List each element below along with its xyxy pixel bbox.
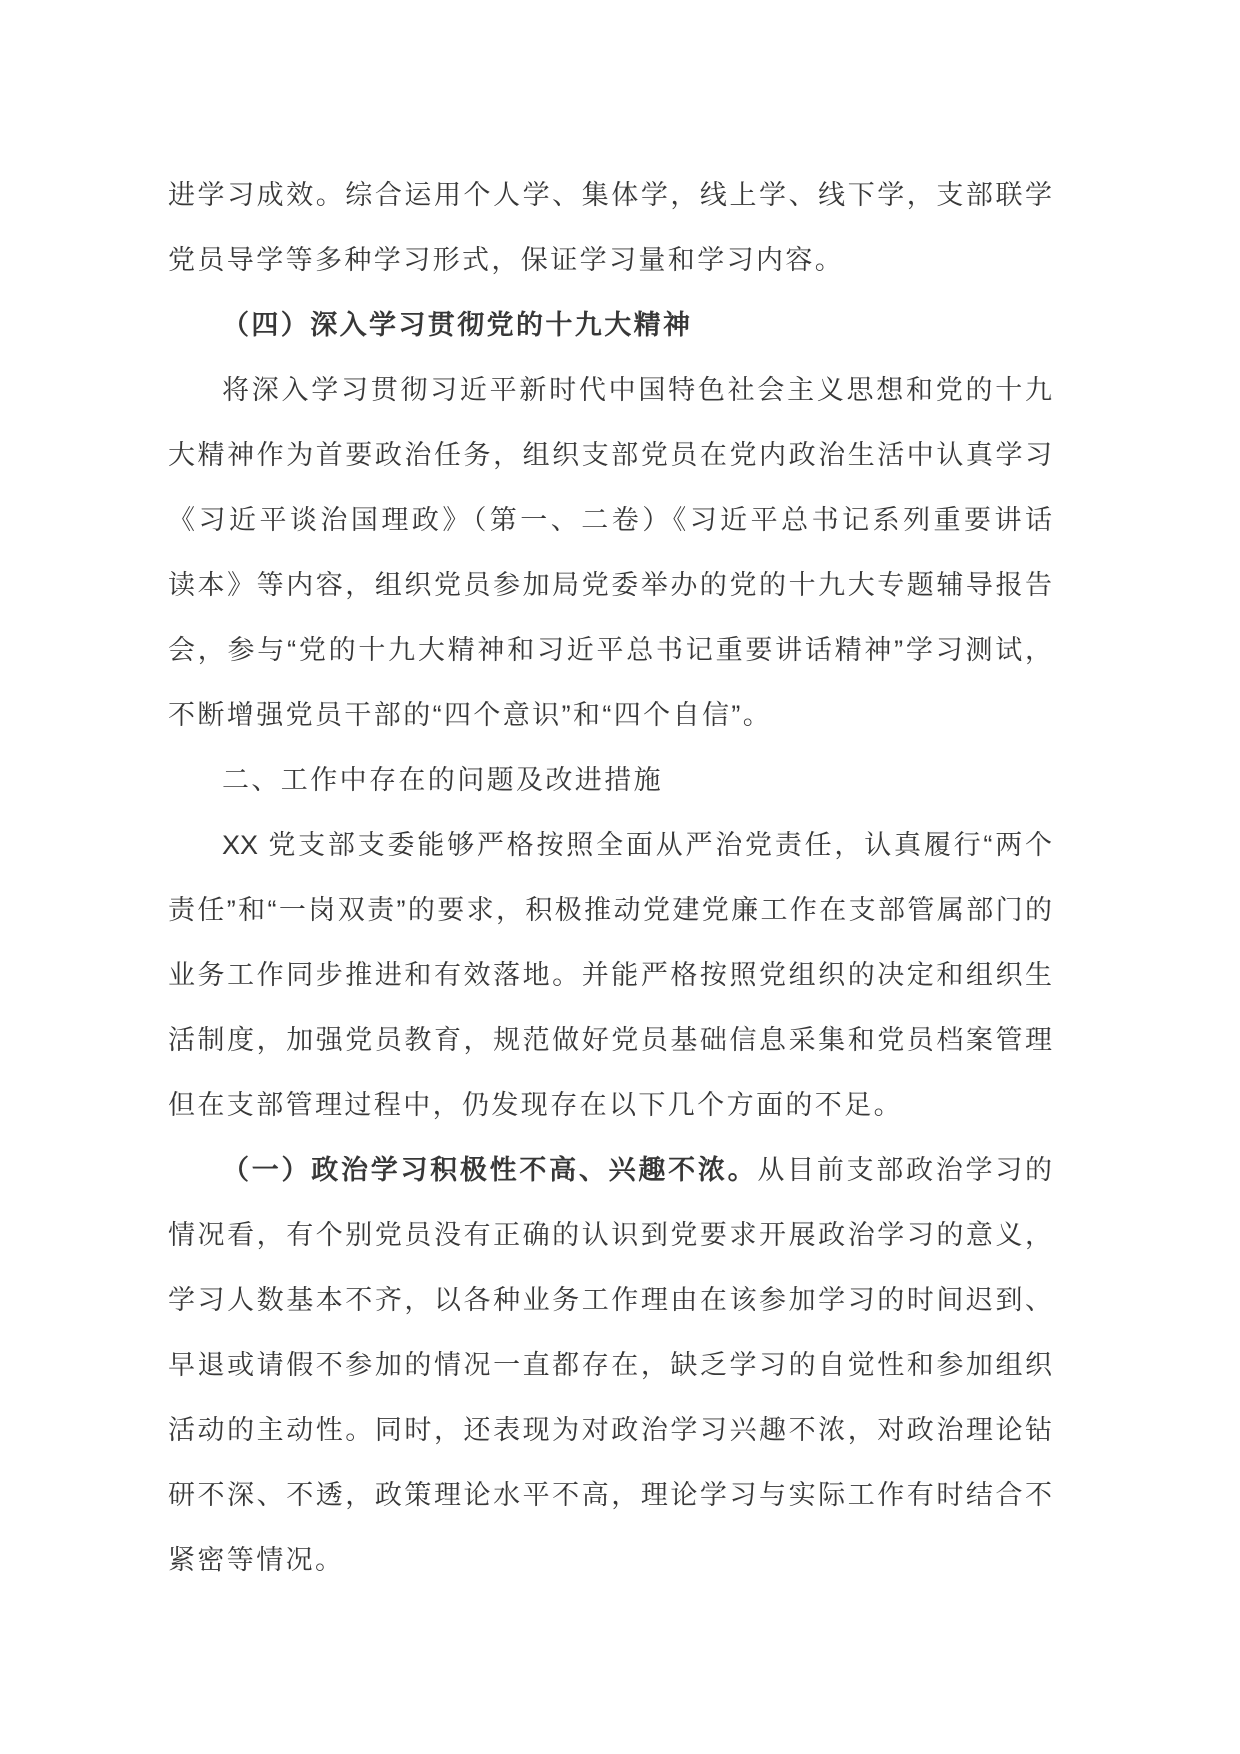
text-line: 紧密等情况。 xyxy=(168,1528,1052,1593)
text-line: 读本》等内容，组织党员参加局党委举办的党的十九大专题辅导报告 xyxy=(168,553,1052,618)
text-line: 研不深、不透，政策理论水平不高，理论学习与实际工作有时结合不 xyxy=(168,1463,1052,1528)
problem-one-heading-text: （一）政治学习积极性不高、兴趣不浓。 xyxy=(222,1155,757,1185)
line-text: 不断增强党员干部的“四个意识”和“四个自信”。 xyxy=(168,700,772,730)
line-text: 进学习成效。综合运用个人学、集体学，线上学、线下学，支部联学 xyxy=(168,180,1052,210)
line-text: 早退或请假不参加的情况一直都存在，缺乏学习的自觉性和参加组织 xyxy=(168,1350,1052,1380)
line-text: 将深入学习贯彻习近平新时代中国特色社会主义思想和党的十九 xyxy=(222,375,1052,405)
line-text: 活动的主动性。同时，还表现为对政治学习兴趣不浓，对政治理论钻 xyxy=(168,1415,1052,1445)
line-text: XX 党支部支委能够严格按照全面从严治党责任，认真履行“两个 xyxy=(222,830,1052,860)
line-text: 大精神作为首要政治任务，组织支部党员在党内政治生活中认真学习 xyxy=(168,440,1052,470)
text-line: 会，参与“党的十九大精神和习近平总书记重要讲话精神”学习测试， xyxy=(168,618,1052,683)
problem-one-lead-line: （一）政治学习积极性不高、兴趣不浓。从目前支部政治学习的 xyxy=(168,1138,1052,1203)
line-text: 研不深、不透，政策理论水平不高，理论学习与实际工作有时结合不 xyxy=(168,1480,1052,1510)
text-line: 将深入学习贯彻习近平新时代中国特色社会主义思想和党的十九 xyxy=(168,358,1052,423)
line-text: 但在支部管理过程中，仍发现存在以下几个方面的不足。 xyxy=(168,1090,903,1120)
line-text: 会，参与“党的十九大精神和习近平总书记重要讲话精神”学习测试， xyxy=(168,635,1052,665)
line-text: 紧密等情况。 xyxy=(168,1545,344,1575)
part-two-heading: 二、工作中存在的问题及改进措施 xyxy=(168,748,1052,813)
line-text: 学习人数基本不齐，以各种业务工作理由在该参加学习的时间迟到、 xyxy=(168,1285,1052,1315)
text-line: 大精神作为首要政治任务，组织支部党员在党内政治生活中认真学习 xyxy=(168,423,1052,488)
text-line: 进学习成效。综合运用个人学、集体学，线上学、线下学，支部联学 xyxy=(168,163,1052,228)
line-text: 业务工作同步推进和有效落地。并能严格按照党组织的决定和组织生 xyxy=(168,960,1052,990)
text-line: 活动的主动性。同时，还表现为对政治学习兴趣不浓，对政治理论钻 xyxy=(168,1398,1052,1463)
line-text: 责任”和“一岗双责”的要求，积极推动党建党廉工作在支部管属部门的 xyxy=(168,895,1052,925)
heading-text: 二、工作中存在的问题及改进措施 xyxy=(222,765,663,795)
line-text: 从目前支部政治学习的 xyxy=(757,1155,1052,1185)
line-text: 党员导学等多种学习形式，保证学习量和学习内容。 xyxy=(168,245,844,275)
text-line: 党员导学等多种学习形式，保证学习量和学习内容。 xyxy=(168,228,1052,293)
section-four-heading: （四）深入学习贯彻党的十九大精神 xyxy=(168,293,1052,358)
text-line: 早退或请假不参加的情况一直都存在，缺乏学习的自觉性和参加组织 xyxy=(168,1333,1052,1398)
text-line: XX 党支部支委能够严格按照全面从严治党责任，认真履行“两个 xyxy=(168,813,1052,878)
text-line: 责任”和“一岗双责”的要求，积极推动党建党廉工作在支部管属部门的 xyxy=(168,878,1052,943)
text-line: 《习近平谈治国理政》（第一、二卷）《习近平总书记系列重要讲话 xyxy=(168,488,1052,553)
text-line: 学习人数基本不齐，以各种业务工作理由在该参加学习的时间迟到、 xyxy=(168,1268,1052,1333)
line-text: 读本》等内容，组织党员参加局党委举办的党的十九大专题辅导报告 xyxy=(168,570,1052,600)
text-line: 情况看，有个别党员没有正确的认识到党要求开展政治学习的意义， xyxy=(168,1203,1052,1268)
heading-text: （四）深入学习贯彻党的十九大精神 xyxy=(222,310,692,340)
text-line: 但在支部管理过程中，仍发现存在以下几个方面的不足。 xyxy=(168,1073,1052,1138)
text-line: 活制度，加强党员教育，规范做好党员基础信息采集和党员档案管理 xyxy=(168,1008,1052,1073)
line-text: 《习近平谈治国理政》（第一、二卷）《习近平总书记系列重要讲话 xyxy=(168,505,1052,535)
document-body: 进学习成效。综合运用个人学、集体学，线上学、线下学，支部联学 党员导学等多种学习… xyxy=(168,163,1052,1593)
text-line: 不断增强党员干部的“四个意识”和“四个自信”。 xyxy=(168,683,1052,748)
line-text: 活制度，加强党员教育，规范做好党员基础信息采集和党员档案管理 xyxy=(168,1025,1052,1055)
text-line: 业务工作同步推进和有效落地。并能严格按照党组织的决定和组织生 xyxy=(168,943,1052,1008)
line-text: 情况看，有个别党员没有正确的认识到党要求开展政治学习的意义， xyxy=(168,1220,1052,1250)
document-page: 进学习成效。综合运用个人学、集体学，线上学、线下学，支部联学 党员导学等多种学习… xyxy=(0,0,1240,1754)
